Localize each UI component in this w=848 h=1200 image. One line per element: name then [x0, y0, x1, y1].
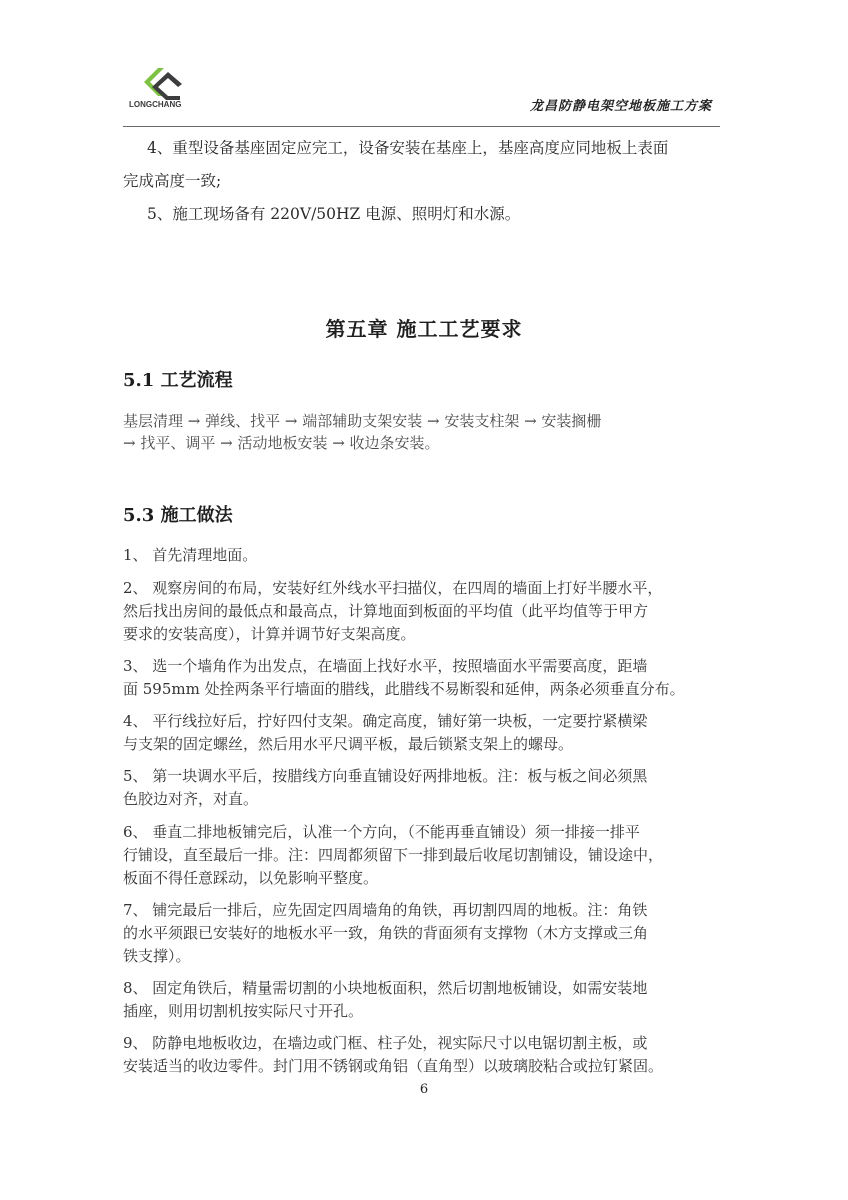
prereq-item-4-line-1: 4、重型设备基座固定应完工，设备安装在基座上，基座高度应同地板上表面	[147, 138, 668, 158]
prereq-item-5: 5、施工现场备有 220V/50HZ 电源、照明灯和水源。	[147, 204, 520, 224]
step-5-line-1: 5、 第一块调水平后，按腊线方向垂直铺设好两排地板。注：板与板之间必须黑	[123, 766, 647, 786]
step-7-line-3: 铁支撑）。	[123, 946, 191, 966]
step-2-line-2: 然后找出房间的最低点和最高点，计算地面到板面的平均值（此平均值等于甲方	[123, 601, 648, 621]
section-5-3-title: 5.3 施工做法	[123, 501, 233, 527]
step-9-line-2: 安装适当的收边零件。封门用不锈钢或角铝（直角型）以玻璃胶粘合或拉钉紧固。	[123, 1056, 663, 1076]
step-4-line-1: 4、 平行线拉好后，拧好四付支架。确定高度，铺好第一块板，一定要拧紧横梁	[123, 711, 647, 731]
step-7-line-2: 的水平须跟已安装好的地板水平一致，角铁的背面须有支撑物（木方支撑或三角	[123, 923, 648, 943]
header-divider	[123, 126, 720, 127]
step-6-line-2: 行铺设，直至最后一排。注：四周都须留下一排到最后收尾切割铺设，铺设途中，	[123, 845, 663, 865]
page-header: LONGCHANG 龙昌防静电架空地板施工方案	[123, 58, 720, 128]
section-5-1-title: 5.1 工艺流程	[123, 366, 233, 392]
chapter-title: 第五章 施工工艺要求	[0, 313, 848, 342]
step-1-line-1: 1、 首先清理地面。	[123, 545, 257, 565]
document-header-title: 龙昌防静电架空地板施工方案	[530, 95, 712, 114]
step-3-line-2: 面 595mm 处拴两条平行墙面的腊线，此腊线不易断裂和延伸，两条必须垂直分布。	[123, 679, 685, 699]
step-2-line-1: 2、 观察房间的布局，安装好红外线水平扫描仪，在四周的墙面上打好半腰水平，	[123, 578, 662, 598]
step-8-line-1: 8、 固定角铁后，精量需切割的小块地板面积，然后切割地板铺设，如需安装地	[123, 978, 647, 998]
process-flow-line-2: → 找平、调平 → 活动地板安装 → 收边条安装。	[123, 433, 440, 453]
step-6-line-1: 6、 垂直二排地板铺完后，认准一个方向，（不能再垂直铺设）须一排接一排平	[123, 822, 640, 842]
logo-wordmark: LONGCHANG	[129, 100, 181, 109]
prereq-item-4-line-2: 完成高度一致;	[123, 171, 221, 191]
process-flow-line-1: 基层清理 → 弹线、找平 → 端部辅助支架安装 → 安装支柱架 → 安装搁栅	[123, 411, 601, 431]
step-4-line-2: 与支架的固定螺丝，然后用水平尺调平板，最后锁紧支架上的螺母。	[123, 734, 573, 754]
step-2-line-3: 要求的安装高度），计算并调节好支架高度。	[123, 624, 416, 644]
step-7-line-1: 7、 铺完最后一排后，应先固定四周墙角的角铁，再切割四周的地板。注：角铁	[123, 900, 647, 920]
step-9-line-1: 9、 防静电地板收边，在墙边或门框、柱子处，视实际尺寸以电锯切割主板，或	[123, 1033, 647, 1053]
page-number: 6	[0, 1082, 848, 1097]
longchang-logo-icon	[144, 68, 184, 102]
step-5-line-2: 色胶边对齐，对直。	[123, 789, 258, 809]
step-6-line-3: 板面不得任意踩动，以免影响平整度。	[123, 868, 378, 888]
step-3-line-1: 3、 选一个墙角作为出发点，在墙面上找好水平，按照墙面水平需要高度，距墙	[123, 656, 647, 676]
step-8-line-2: 插座，则用切割机按实际尺寸开孔。	[123, 1001, 363, 1021]
company-logo: LONGCHANG	[129, 62, 219, 112]
